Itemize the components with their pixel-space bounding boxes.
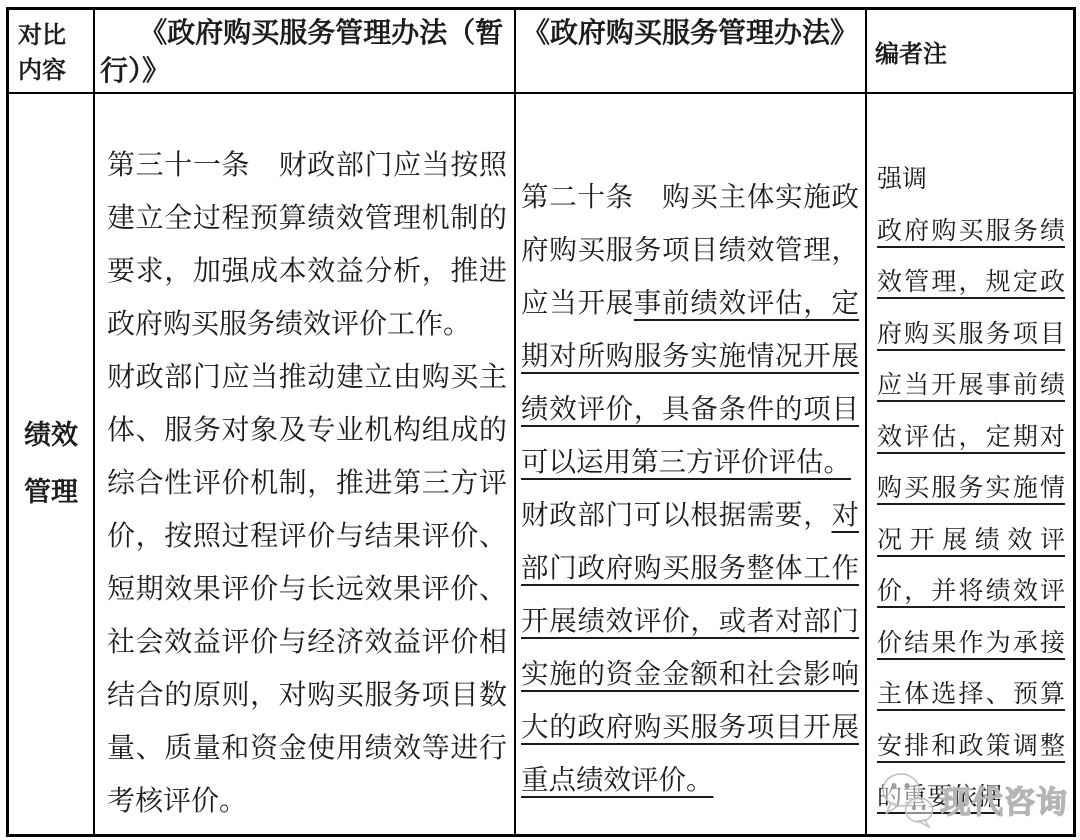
underlined-text: 对部门政府购买服务整体工作开展绩效评价，或者对部门实施的资金金额和社会影响大的政… bbox=[521, 499, 859, 795]
old-law-cell: 第三十一条 财政部门应当按照建立全过程预算绩效管理机制的要求，加强成本效益分析，… bbox=[95, 94, 514, 834]
paragraph: 第二十条 购买主体实施政府购买服务项目绩效管理，应当开展事前绩效评估，定期对所购… bbox=[521, 170, 859, 488]
text-segment: 强调 bbox=[877, 166, 927, 193]
paragraph: 财政部门应当推动建立由购买主体、服务对象及专业机构组成的综合性评价机制，推进第三… bbox=[107, 351, 507, 828]
header-editor-note: 编者注 bbox=[867, 10, 1073, 92]
new-law-cell: 第二十条 购买主体实施政府购买服务项目绩效管理，应当开展事前绩效评估，定期对所购… bbox=[516, 94, 865, 834]
paragraph: 财政部门可以根据需要，对部门政府购买服务整体工作开展绩效评价，或者对部门实施的资… bbox=[521, 488, 859, 806]
header-old-regulation: 《政府购买服务管理办法（暂行）》 bbox=[95, 10, 514, 92]
text-segment: 财政部门应当推动建立由购买主体、服务对象及专业机构组成的综合性评价机制，推进第三… bbox=[107, 362, 507, 817]
header-compare-content: 对比内容 bbox=[9, 10, 93, 92]
editor-note-cell: 强调政府购买服务绩效管理，规定政府购买服务项目应当开展事前绩效评估，定期对购买服… bbox=[867, 94, 1073, 834]
comparison-table: 对比内容 《政府购买服务管理办法（暂行）》 《政府购买服务管理办法》 编者注 绩… bbox=[6, 7, 1076, 837]
row-category-label: 绩效管理 bbox=[24, 407, 78, 521]
row-category-cell: 绩效管理 bbox=[9, 94, 93, 834]
text-segment: 第三十一条 财政部门应当按照建立全过程预算绩效管理机制的要求，加强成本效益分析，… bbox=[107, 150, 507, 340]
underlined-text: 政府购买服务绩效管理，规定政府购买服务项目应当开展事前绩效评估，定期对购买服务实… bbox=[877, 218, 1065, 812]
paragraph: 政府购买服务绩效管理，规定政府购买服务项目应当开展事前绩效评估，定期对购买服务实… bbox=[877, 206, 1065, 824]
text-segment: 财政部门可以根据需要， bbox=[521, 499, 832, 530]
header-new-regulation: 《政府购买服务管理办法》 bbox=[516, 10, 865, 92]
paragraph: 强调 bbox=[877, 154, 1065, 206]
paragraph: 第三十一条 财政部门应当按照建立全过程预算绩效管理机制的要求，加强成本效益分析，… bbox=[107, 139, 507, 351]
